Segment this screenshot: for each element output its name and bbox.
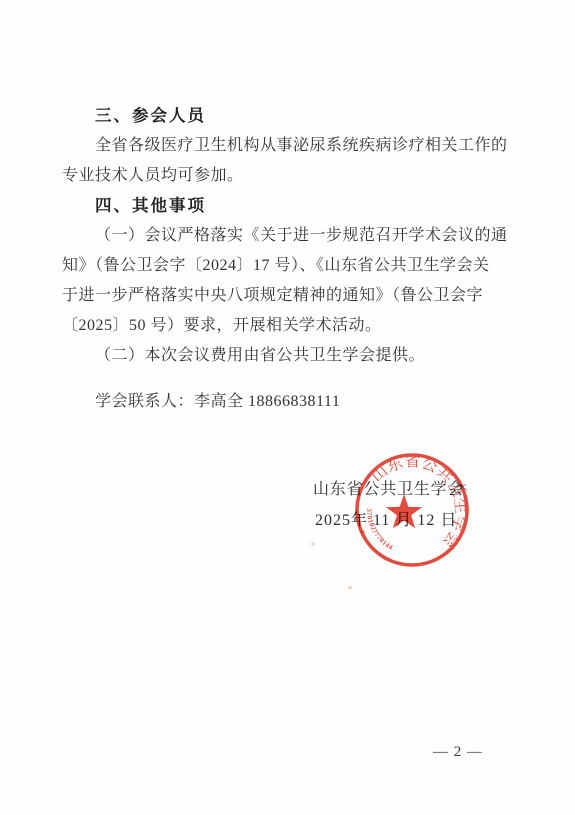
signature-organization: 山东省公共卫生学会 bbox=[313, 480, 464, 500]
ink-speck bbox=[360, 530, 365, 534]
contact-line: 学会联系人：李高全 18866838111 bbox=[62, 387, 514, 417]
document-body: 三、参会人员 全省各级医疗卫生机构从事泌尿系统疾病诊疗相关工作的 专业技术人员均… bbox=[62, 101, 514, 417]
ink-speck bbox=[311, 542, 315, 546]
body-line: 知》（鲁公卫会字〔2024〕17 号）、《山东省公共卫生学会关 bbox=[62, 251, 514, 281]
ink-speck bbox=[348, 586, 352, 589]
page-number: — 2 — bbox=[433, 744, 483, 761]
body-line: 于进一步严格落实中央八项规定精神的通知》（鲁公卫会字 bbox=[62, 281, 514, 311]
section-heading-other-matters: 四、其他事项 bbox=[62, 191, 514, 221]
seal-ring-text: 山东省公共卫生学会 bbox=[368, 452, 470, 551]
seal-border-circle bbox=[357, 455, 467, 565]
body-line: （一）会议严格落实《关于进一步规范召开学术会议的通 bbox=[62, 221, 514, 251]
body-line: 〔2025〕50 号）要求，开展相关学术活动。 bbox=[62, 311, 514, 341]
signature-date: 2025年 11 月 12 日 bbox=[315, 511, 457, 531]
official-seal-stamp: 山东省公共卫生学会 3701027778144 bbox=[322, 420, 502, 600]
scan-artifact bbox=[457, 484, 467, 491]
body-line: 专业技术人员均可参加。 bbox=[62, 161, 514, 191]
body-line: 全省各级医疗卫生机构从事泌尿系统疾病诊疗相关工作的 bbox=[62, 131, 514, 161]
section-heading-participants: 三、参会人员 bbox=[62, 101, 514, 131]
document-page: 三、参会人员 全省各级医疗卫生机构从事泌尿系统疾病诊疗相关工作的 专业技术人员均… bbox=[0, 0, 575, 815]
body-line: （二）本次会议费用由省公共卫生学会提供。 bbox=[62, 341, 514, 371]
